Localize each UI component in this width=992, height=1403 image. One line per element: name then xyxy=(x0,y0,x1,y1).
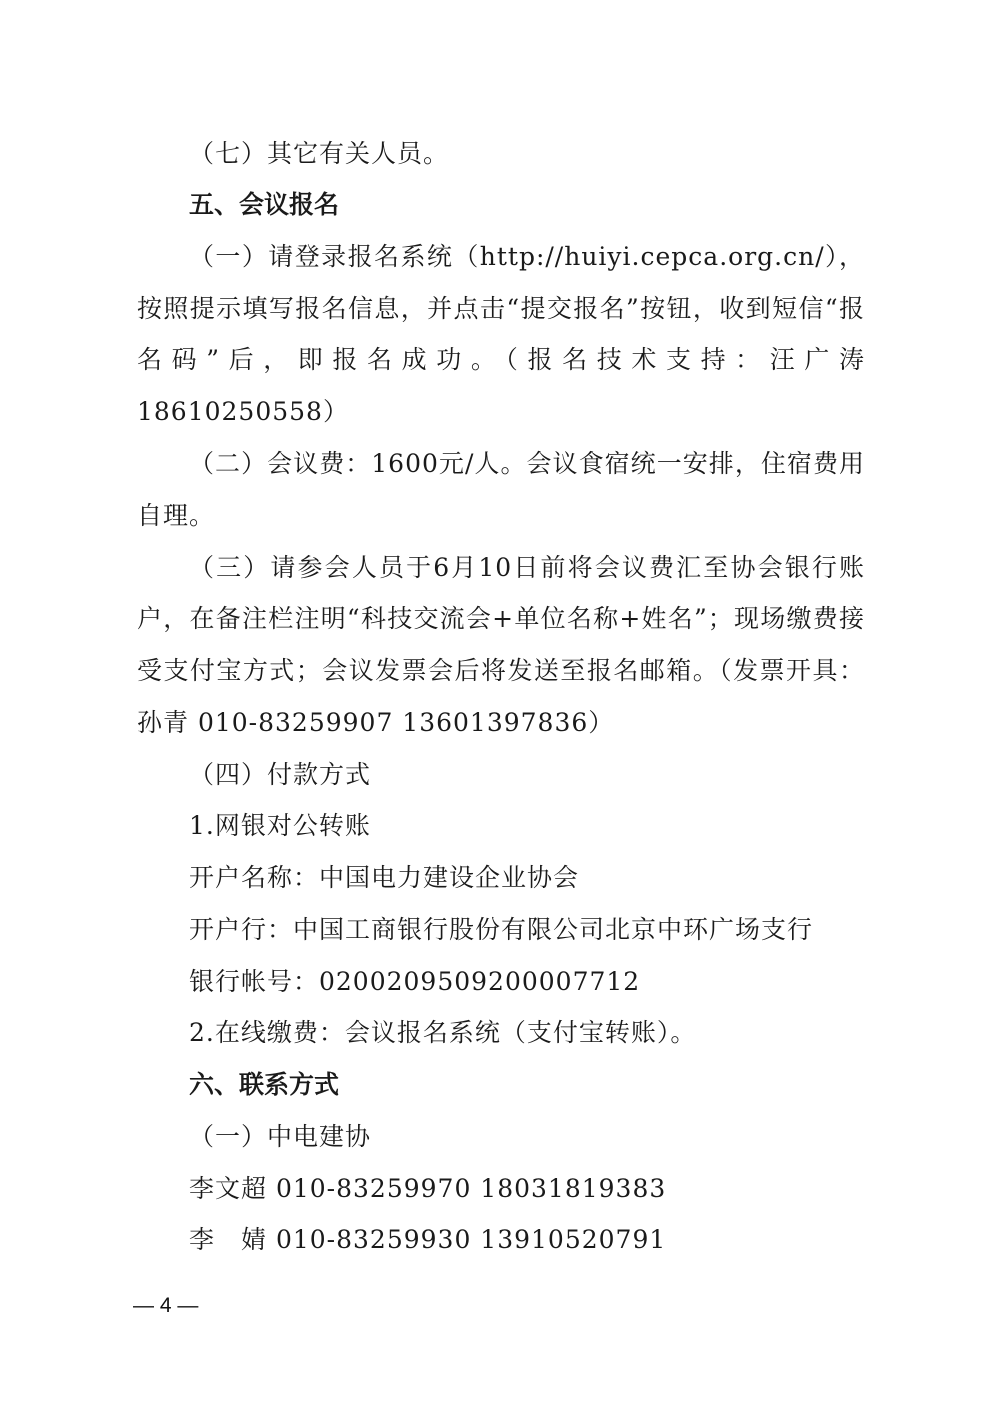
paragraph-line: 名码”后，即报名成功。（报名技术支持：汪广涛 xyxy=(137,345,865,375)
paragraph-line: 孙青 010-83259907 13601397836） xyxy=(137,708,865,738)
account-bank: 开户行：中国工商银行股份有限公司北京中环广场支行 xyxy=(189,915,917,945)
paragraph-line: 自理。 xyxy=(137,501,865,531)
payment-option-bank-transfer: 1.网银对公转账 xyxy=(189,811,917,841)
section-heading-registration: 五、会议报名 xyxy=(189,190,917,220)
paragraph-line: 户，在备注栏注明“科技交流会+单位名称+姓名”；现场缴费接 xyxy=(137,604,865,634)
contact-entry: 李 婧 010-83259930 13910520791 xyxy=(189,1225,917,1255)
payment-option-online: 2.在线缴费：会议报名系统（支付宝转账）。 xyxy=(189,1018,917,1048)
paragraph-line: （二）会议费：1600元/人。会议食宿统一安排，住宿费用 xyxy=(189,449,865,479)
paragraph-line: （三）请参会人员于6月10日前将会议费汇至协会银行账 xyxy=(189,553,865,583)
paragraph-line: （一）请登录报名系统（http://huiyi.cepca.org.cn/）， xyxy=(189,242,865,272)
account-name: 开户名称：中国电力建设企业协会 xyxy=(189,863,917,893)
contact-organization: （一）中电建协 xyxy=(189,1122,917,1152)
document-page: （七）其它有关人员。 五、会议报名 （一）请登录报名系统（http://huiy… xyxy=(0,0,992,1403)
paragraph-line: 受支付宝方式；会议发票会后将发送至报名邮箱。（发票开具： xyxy=(137,656,865,686)
section-heading-contacts: 六、联系方式 xyxy=(189,1070,917,1100)
list-item-other-personnel: （七）其它有关人员。 xyxy=(189,139,917,169)
contact-entry: 李文超 010-83259970 18031819383 xyxy=(189,1174,917,1204)
paragraph-line: 按照提示填写报名信息，并点击“提交报名”按钮，收到短信“报 xyxy=(137,294,865,324)
account-number: 银行帐号：0200209509200007712 xyxy=(189,967,917,997)
subsection-payment-methods: （四）付款方式 xyxy=(189,760,917,790)
page-number: — 4 — xyxy=(133,1293,198,1319)
paragraph-line: 18610250558） xyxy=(137,397,865,427)
